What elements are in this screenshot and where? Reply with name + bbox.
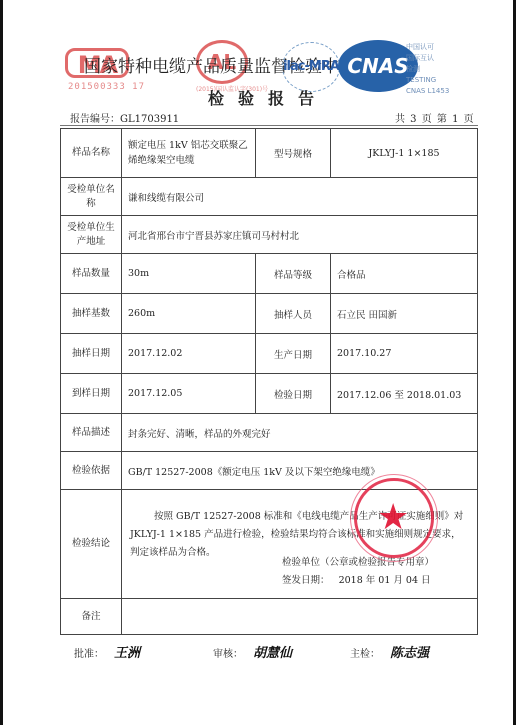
- review-signature: 审核：胡慧仙: [213, 642, 292, 661]
- production-date-label: 生产日期: [256, 334, 331, 374]
- stamp-star-icon: ★: [377, 500, 409, 536]
- table-row: 受检单位生产地址 河北省邢台市宁晋县苏家庄镇司马村村北: [61, 216, 478, 254]
- sample-description: 封条完好、清晰，样品的外观完好: [122, 414, 478, 452]
- chief-inspector-signature: 主检：陈志强: [350, 642, 429, 661]
- sample-description-label: 样品描述: [61, 414, 122, 452]
- approve-signature-mark: 王洲: [114, 646, 140, 661]
- header-divider: [60, 125, 478, 126]
- report-number: 报告编号：GL1703911: [70, 110, 179, 125]
- arrival-date-label: 到样日期: [61, 374, 122, 414]
- ilac-mra-logo-icon: ilac-MRA: [282, 42, 340, 92]
- cnas-accreditation-text: 中国认可 国际互认 检测 TESTING CNAS L1453: [406, 42, 449, 97]
- conclusion-label: 检验结论: [61, 490, 122, 599]
- remarks-label: 备注: [61, 599, 122, 635]
- sampling-base-label: 抽样基数: [61, 294, 122, 334]
- inspected-unit-label: 受检单位名称: [61, 178, 122, 216]
- production-address-label: 受检单位生产地址: [61, 216, 122, 254]
- remarks: [122, 599, 478, 635]
- inspection-basis-label: 检验依据: [61, 452, 122, 490]
- issue-date: 签发日期： 2018 年 01 月 04 日: [282, 572, 431, 586]
- sample-grade-label: 样品等级: [256, 254, 331, 294]
- table-row: 样品描述 封条完好、清晰，样品的外观完好: [61, 414, 478, 452]
- sample-quantity: 30m: [122, 254, 256, 294]
- sample-name-label: 样品名称: [61, 129, 122, 178]
- model: JKLYJ-1 1×185: [331, 129, 478, 178]
- production-address: 河北省邢台市宁晋县苏家庄镇司马村村北: [122, 216, 478, 254]
- page-edge-left: [0, 0, 3, 725]
- inspection-report-table: 样品名称 额定电压 1kV 铝芯交联聚乙烯绝缘架空电缆 型号规格 JKLYJ-1…: [60, 128, 478, 635]
- table-row: 受检单位名称 谦和线缆有限公司: [61, 178, 478, 216]
- sample-quantity-label: 样品数量: [61, 254, 122, 294]
- sample-grade: 合格品: [331, 254, 478, 294]
- sampling-date-label: 抽样日期: [61, 334, 122, 374]
- inspected-unit: 谦和线缆有限公司: [122, 178, 478, 216]
- production-date: 2017.10.27: [331, 334, 478, 374]
- inspection-basis: GB/T 12527-2008《额定电压 1kV 及以下架空绝缘电缆》: [122, 452, 478, 490]
- table-row: 样品数量 30m 样品等级 合格品: [61, 254, 478, 294]
- sampling-date: 2017.12.02: [122, 334, 256, 374]
- table-row: 到样日期 2017.12.05 检验日期 2017.12.06 至 2018.0…: [61, 374, 478, 414]
- inspection-date: 2017.12.06 至 2018.01.03: [331, 374, 478, 414]
- review-signature-mark: 胡慧仙: [253, 646, 292, 661]
- report-title: 检验报告: [208, 86, 328, 109]
- sampling-base: 260m: [122, 294, 256, 334]
- sampler-label: 抽样人员: [256, 294, 331, 334]
- table-row: 抽样日期 2017.12.02 生产日期 2017.10.27: [61, 334, 478, 374]
- approve-signature: 批准：王洲: [74, 642, 140, 661]
- chief-signature-mark: 陈志强: [390, 646, 429, 661]
- table-row: 样品名称 额定电压 1kV 铝芯交联聚乙烯绝缘架空电缆 型号规格 JKLYJ-1…: [61, 129, 478, 178]
- cma-code: 201500333 17: [68, 82, 145, 92]
- sample-name: 额定电压 1kV 铝芯交联聚乙烯绝缘架空电缆: [122, 129, 256, 178]
- arrival-date: 2017.12.05: [122, 374, 256, 414]
- page-count: 共 3 页 第 1 页: [395, 110, 475, 125]
- table-row: 备注: [61, 599, 478, 635]
- inspection-date-label: 检验日期: [256, 374, 331, 414]
- model-label: 型号规格: [256, 129, 331, 178]
- table-row: 抽样基数 260m 抽样人员 石立民 田国新: [61, 294, 478, 334]
- sampler: 石立民 田国新: [331, 294, 478, 334]
